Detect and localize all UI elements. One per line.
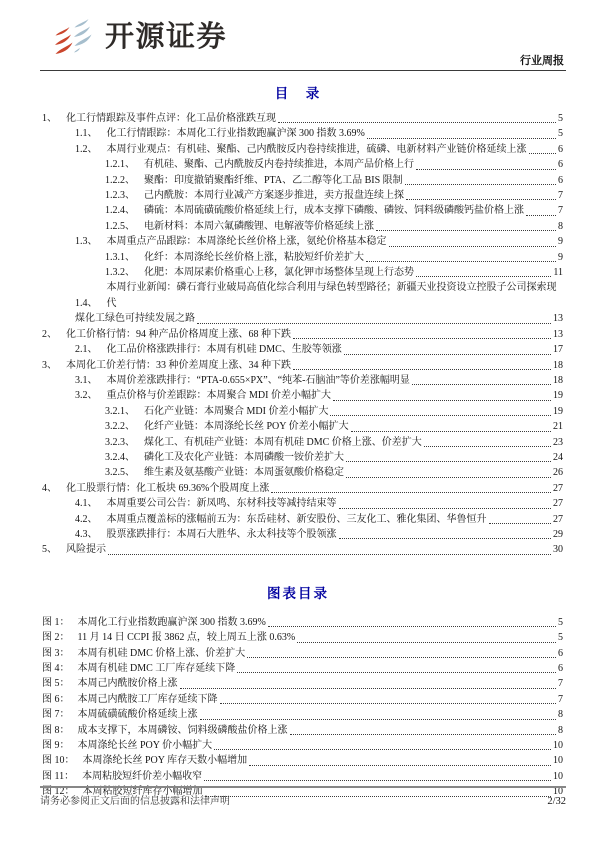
toc-entry-text: 聚酯：印度撤销聚酯纤维、PTA、乙二醇等化工品 BIS 限制 [144, 173, 403, 188]
figure-toc-entry-text: 本周涤纶长丝 POY 价小幅扩大 [78, 738, 213, 753]
toc-entry[interactable]: 3.2.5、维生素及氨基酸产业链：本周蛋氨酸价格稳定26 [42, 465, 563, 480]
toc-entry-text: 磷化工及农化产业链：本周磷酸一铵价差扩大 [144, 450, 344, 465]
figure-toc-entry[interactable]: 图 4：本周有机硅 DMC 工厂库存延续下降6 [42, 661, 563, 676]
toc-entry[interactable]: 3.2.2、化纤产业链：本周涤纶长丝 POY 价差小幅扩大21 [42, 419, 563, 434]
toc-entry-page: 6 [558, 173, 563, 188]
toc-entry-text: 风险提示 [66, 542, 106, 557]
toc-entry-text: 本周价差涨跌排行：“PTA-0.655×PX”、“纯苯-石脑油”等价差涨幅明显 [107, 373, 410, 388]
dot-leader [293, 338, 551, 339]
figure-toc-entry-page: 8 [558, 707, 563, 722]
dot-leader [108, 554, 551, 555]
toc-entry[interactable]: 1.1、化工行情跟踪：本周化工行业指数跑赢沪深 300 指数 3.69%5 [42, 126, 563, 141]
figure-toc-entry[interactable]: 图 1：本周化工行业指数跑赢沪深 300 指数 3.69%5 [42, 615, 563, 630]
dot-leader [489, 523, 552, 524]
report-type-label: 行业周报 [520, 52, 564, 68]
dot-leader [344, 354, 551, 355]
toc-entry[interactable]: 1.2.1、有机硅、聚酯、己内酰胺反内卷持续推进，本周产品价格上行6 [42, 157, 563, 172]
toc-entry[interactable]: 1.2.3、己内酰胺：本周行业减产方案逐步推进，卖方报盘连续上探7 [42, 188, 563, 203]
toc-entry[interactable]: 5、风险提示30 [42, 542, 563, 557]
figure-toc-entry-text: 本周有机硅 DMC 工厂库存延续下降 [78, 661, 236, 676]
figure-toc-entry-number: 图 1： [42, 615, 70, 630]
toc-entry-number: 4.1、 [75, 496, 98, 511]
figure-toc-entry[interactable]: 图 6：本周己内酰胺工厂库存延续下降7 [42, 692, 563, 707]
toc-entry-number: 3.1、 [75, 373, 98, 388]
toc-entry-number: 2.1、 [75, 342, 98, 357]
dot-leader [339, 508, 552, 509]
toc-entry-text: 重点价格与价差跟踪：本周聚合 MDI 价差小幅扩大 [107, 388, 331, 403]
toc-entry-number: 3.2.5、 [105, 465, 135, 480]
toc-entry-page: 27 [553, 512, 563, 527]
dot-leader [290, 734, 557, 735]
dot-leader [406, 199, 556, 200]
toc-entry-page: 5 [558, 111, 563, 126]
toc-entry-page: 19 [553, 388, 563, 403]
toc-entry-page: 11 [553, 265, 563, 280]
toc-entry-number: 4.3、 [75, 527, 98, 542]
toc-entry-number: 1.3、 [75, 234, 98, 249]
dot-leader [367, 138, 556, 139]
figure-toc-entry-number: 图 5： [42, 676, 70, 691]
toc-entry-text: 维生素及氨基酸产业链：本周蛋氨酸价格稳定 [144, 465, 344, 480]
toc-entry-page: 6 [558, 157, 563, 172]
figure-toc-entry-number: 图 10： [42, 753, 75, 768]
toc-entry-page: 8 [558, 219, 563, 234]
toc-entry-number: 2、 [42, 327, 57, 342]
toc-entry-page: 27 [553, 496, 563, 511]
dot-leader [346, 477, 551, 478]
figure-toc-entry-text: 本周粘胶短纤价差小幅收窄 [82, 769, 202, 784]
figure-toc-entry-page: 10 [553, 753, 563, 768]
toc-entry-text: 化肥：本周尿素价格重心上移，氯化钾市场整体呈现上行态势 [144, 265, 414, 280]
toc-entry[interactable]: 3、本周化工价差行情：33 种价差周度上涨、34 种下跌18 [42, 358, 563, 373]
toc-entry-number: 4、 [42, 481, 57, 496]
toc-entry-page: 19 [553, 404, 563, 419]
toc-entry[interactable]: 3.2.4、磷化工及农化产业链：本周磷酸一铵价差扩大24 [42, 450, 563, 465]
figure-toc-entry-number: 图 11： [42, 769, 74, 784]
dot-leader [529, 153, 557, 154]
toc-list: 1、化工行情跟踪及事件点评：化工品价格涨跌互现51.1、化工行情跟踪：本周化工行… [42, 111, 563, 558]
toc-entry-number: 1.2.4、 [105, 203, 135, 218]
dot-leader [339, 538, 552, 539]
toc-entry[interactable]: 1.2.5、电新材料：本周六氟磷酸锂、电解液等价格延续上涨8 [42, 219, 563, 234]
figure-toc-entry-number: 图 6： [42, 692, 70, 707]
toc-entry[interactable]: 1.4、本周行业新闻：磷石膏行业破局高值化综合利用与绿色转型路径；新疆天业投资设… [42, 280, 563, 311]
figure-toc-title: 图表目录 [0, 582, 596, 602]
figure-toc-entry[interactable]: 图 3：本周有机硅 DMC 价格上涨、价差扩大6 [42, 646, 563, 661]
toc-entry-page: 17 [553, 342, 563, 357]
toc-entry-text: 有机硅、聚酯、己内酰胺反内卷持续推进，本周产品价格上行 [144, 157, 414, 172]
toc-entry-text: 化工股票行情：化工板块 69.36%个股周度上涨 [66, 481, 269, 496]
toc-entry[interactable]: 1.2、本周行业观点：有机硅、聚酯、己内酰胺反内卷持续推进，硫磷、电新材料产业链… [42, 142, 563, 157]
figure-toc-entry-number: 图 8： [42, 723, 70, 738]
figure-toc-list: 图 1：本周化工行业指数跑赢沪深 300 指数 3.69%5图 2：11 月 1… [42, 615, 563, 800]
toc-entry-number: 1.2.5、 [105, 219, 135, 234]
dot-leader [526, 215, 556, 216]
page-header: 开源证券 行业周报 [40, 14, 566, 71]
toc-entry[interactable]: 1.2.4、磷硫：本周硫磺硫酸价格延续上行，成本支撑下磷酸、磷铵、饲料级磷酸钙盐… [42, 203, 563, 218]
toc-entry-page: 9 [558, 250, 563, 265]
dot-leader [268, 626, 556, 627]
figure-toc-entry[interactable]: 图 9：本周涤纶长丝 POY 价小幅扩大10 [42, 738, 563, 753]
toc-entry-text: 化工行情跟踪及事件点评：化工品价格涨跌互现 [66, 111, 276, 126]
toc-entry[interactable]: 2、化工价格行情：94 种产品价格周度上涨、68 种下跌13 [42, 327, 563, 342]
toc-title: 目 录 [0, 82, 596, 102]
toc-entry-page: 5 [558, 126, 563, 141]
figure-toc-entry-text: 本周有机硅 DMC 价格上涨、价差扩大 [78, 646, 246, 661]
toc-entry[interactable]: 1、化工行情跟踪及事件点评：化工品价格涨跌互现5 [42, 111, 563, 126]
figure-toc-entry[interactable]: 图 10：本周涤纶长丝 POY 库存天数小幅增加10 [42, 753, 563, 768]
figure-toc-entry-page: 7 [558, 676, 563, 691]
figure-toc-entry[interactable]: 图 7：本周硫磺硫酸价格延续上涨8 [42, 707, 563, 722]
dot-leader [220, 703, 557, 704]
figure-toc-entry-number: 图 3： [42, 646, 70, 661]
toc-entry[interactable]: 煤化工绿色可持续发展之路13 [42, 311, 563, 326]
toc-entry-page: 27 [553, 481, 563, 496]
toc-entry-text: 本周行业新闻：磷石膏行业破局高值化综合利用与绿色转型路径；新疆天业投资设立控股子… [107, 280, 564, 311]
figure-toc-entry-text: 本周硫磺硫酸价格延续上涨 [78, 707, 198, 722]
toc-entry-text: 化工品价格涨跌排行：本周有机硅 DMC、生胶等领涨 [107, 342, 342, 357]
toc-entry[interactable]: 4.3、股票涨跌排行：本周石大胜华、永太科技等个股领涨29 [42, 527, 563, 542]
toc-entry-page: 18 [553, 358, 563, 373]
toc-entry-number: 1.3.1、 [105, 250, 135, 265]
toc-entry-text: 煤化工绿色可持续发展之路 [75, 311, 195, 326]
toc-entry[interactable]: 4.2、本周重点覆盖标的涨幅前五为：东岳硅材、新安股份、三友化工、雅化集团、华鲁… [42, 512, 563, 527]
toc-entry-page: 18 [553, 373, 563, 388]
brand-logo-icon [52, 16, 98, 58]
toc-entry-number: 1.3.2、 [105, 265, 135, 280]
dot-leader [237, 672, 556, 673]
dot-leader [389, 246, 557, 247]
toc-entry[interactable]: 3.2.3、煤化工、有机硅产业链：本周有机硅 DMC 价格上涨、价差扩大23 [42, 435, 563, 450]
toc-entry-number: 3.2.4、 [105, 450, 135, 465]
toc-entry-text: 本周化工价差行情：33 种价差周度上涨、34 种下跌 [66, 358, 291, 373]
toc-entry-number: 1、 [42, 111, 57, 126]
figure-toc-entry-number: 图 7： [42, 707, 70, 722]
toc-entry-page: 7 [558, 188, 563, 203]
brand-name: 开源证券 [105, 23, 227, 52]
toc-entry-number: 5、 [42, 542, 57, 557]
dot-leader [297, 642, 556, 643]
toc-entry-text: 电新材料：本周六氟磷酸锂、电解液等价格延续上涨 [144, 219, 374, 234]
dot-leader [271, 492, 551, 493]
toc-entry-text: 磷硫：本周硫磺硫酸价格延续上行，成本支撑下磷酸、磷铵、饲料级磷酸钙盐价格上涨 [144, 203, 524, 218]
dot-leader [249, 765, 551, 766]
toc-entry-number: 3、 [42, 358, 57, 373]
toc-entry-page: 21 [553, 419, 563, 434]
figure-toc-entry-text: 本周己内酰胺价格上涨 [78, 676, 178, 691]
report-page: 开源证券 行业周报 目 录 1、化工行情跟踪及事件点评：化工品价格涨跌互现51.… [0, 0, 596, 842]
dot-leader [333, 400, 551, 401]
toc-entry-text: 己内酰胺：本周行业减产方案逐步推进，卖方报盘连续上探 [144, 188, 404, 203]
page-number: 2/32 [547, 796, 566, 807]
figure-toc-entry[interactable]: 图 2：11 月 14 日 CCPI 报 3862 点，较上周五上涨 0.63%… [42, 630, 563, 645]
toc-entry-number: 1.2.2、 [105, 173, 135, 188]
figure-toc-entry-number: 图 2： [42, 630, 70, 645]
dot-leader [366, 261, 556, 262]
toc-entry-text: 化工行情跟踪：本周化工行业指数跑赢沪深 300 指数 3.69% [107, 126, 365, 141]
dot-leader [200, 719, 557, 720]
toc-entry-text: 石化产业链：本周聚合 MDI 价差小幅扩大 [144, 404, 328, 419]
figure-toc-entry-page: 5 [558, 615, 563, 630]
dot-leader [424, 446, 551, 447]
toc-entry-text: 化纤产业链：本周涤纶长丝 POY 价差小幅扩大 [144, 419, 349, 434]
footer-disclaimer: 请务必参阅正文后面的信息披露和法律声明 [40, 792, 230, 807]
dot-leader [405, 184, 556, 185]
figure-toc-entry-page: 6 [558, 646, 563, 661]
dot-leader [416, 276, 551, 277]
dot-leader [247, 657, 556, 658]
toc-entry-page: 7 [558, 203, 563, 218]
page-footer: 请务必参阅正文后面的信息披露和法律声明 2/32 [40, 786, 566, 807]
toc-entry-text: 本周重要公司公告：新凤鸣、东材科技等减持结束等 [107, 496, 337, 511]
figure-toc-entry-page: 10 [553, 738, 563, 753]
figure-toc-entry-text: 本周化工行业指数跑赢沪深 300 指数 3.69% [78, 615, 266, 630]
toc-entry[interactable]: 1.3.1、化纤：本周涤纶长丝价格上涨，粘胶短纤价差扩大9 [42, 250, 563, 265]
toc-entry-page: 13 [553, 311, 563, 326]
toc-entry-number: 1.2.1、 [105, 157, 135, 172]
toc-entry-number: 4.2、 [75, 512, 98, 527]
figure-toc-entry-number: 图 9： [42, 738, 70, 753]
toc-entry-number: 1.2、 [75, 142, 98, 157]
toc-entry[interactable]: 2.1、化工品价格涨跌排行：本周有机硅 DMC、生胶等领涨17 [42, 342, 563, 357]
figure-toc-entry-page: 8 [558, 723, 563, 738]
toc-entry-page: 30 [553, 542, 563, 557]
dot-leader [197, 323, 551, 324]
figure-toc-entry-page: 6 [558, 661, 563, 676]
toc-entry-page: 29 [553, 527, 563, 542]
figure-toc-entry-text: 本周涤纶长丝 POY 库存天数小幅增加 [83, 753, 248, 768]
figure-toc-entry-page: 10 [553, 769, 563, 784]
dot-leader [293, 369, 551, 370]
dot-leader [346, 461, 551, 462]
toc-entry-text: 化纤：本周涤纶长丝价格上涨，粘胶短纤价差扩大 [144, 250, 364, 265]
toc-entry-number: 1.4、 [75, 296, 98, 311]
figure-toc-entry-text: 11 月 14 日 CCPI 报 3862 点，较上周五上涨 0.63% [78, 630, 296, 645]
dot-leader [214, 749, 551, 750]
dot-leader [416, 169, 556, 170]
toc-entry[interactable]: 1.3、本周重点产品跟踪：本周涤纶长丝价格上涨，氨纶价格基本稳定9 [42, 234, 563, 249]
toc-entry-text: 股票涨跌排行：本周石大胜华、永太科技等个股领涨 [107, 527, 337, 542]
toc-entry-page: 26 [553, 465, 563, 480]
dot-leader [204, 780, 551, 781]
toc-entry-number: 3.2.2、 [105, 419, 135, 434]
figure-toc-entry-page: 5 [558, 630, 563, 645]
toc-entry[interactable]: 3.2.1、石化产业链：本周聚合 MDI 价差小幅扩大19 [42, 404, 563, 419]
toc-entry-page: 23 [553, 435, 563, 450]
toc-entry[interactable]: 4.1、本周重要公司公告：新凤鸣、东材科技等减持结束等27 [42, 496, 563, 511]
dot-leader [351, 431, 551, 432]
toc-entry-text: 本周重点产品跟踪：本周涤纶长丝价格上涨，氨纶价格基本稳定 [107, 234, 387, 249]
figure-toc-entry[interactable]: 图 11：本周粘胶短纤价差小幅收窄10 [42, 769, 563, 784]
toc-entry[interactable]: 4、化工股票行情：化工板块 69.36%个股周度上涨27 [42, 481, 563, 496]
toc-entry-number: 1.1、 [75, 126, 98, 141]
dot-leader [278, 122, 556, 123]
toc-entry[interactable]: 3.2、重点价格与价差跟踪：本周聚合 MDI 价差小幅扩大19 [42, 388, 563, 403]
figure-toc-entry[interactable]: 图 5：本周己内酰胺价格上涨7 [42, 676, 563, 691]
toc-entry[interactable]: 1.2.2、聚酯：印度撤销聚酯纤维、PTA、乙二醇等化工品 BIS 限制6 [42, 173, 563, 188]
toc-entry-number: 3.2、 [75, 388, 98, 403]
figure-toc-entry-page: 7 [558, 692, 563, 707]
toc-entry-page: 6 [558, 142, 563, 157]
figure-toc-entry[interactable]: 图 8：成本支撑下，本周磷铵、饲料级磷酸盐价格上涨8 [42, 723, 563, 738]
toc-entry-number: 3.2.3、 [105, 435, 135, 450]
toc-entry-number: 3.2.1、 [105, 404, 135, 419]
dot-leader [376, 230, 556, 231]
toc-entry-text: 本周重点覆盖标的涨幅前五为：东岳硅材、新安股份、三友化工、雅化集团、华鲁恒升 [107, 512, 487, 527]
figure-toc-entry-number: 图 4： [42, 661, 70, 676]
toc-entry-text: 化工价格行情：94 种产品价格周度上涨、68 种下跌 [66, 327, 291, 342]
toc-entry[interactable]: 3.1、本周价差涨跌排行：“PTA-0.655×PX”、“纯苯-石脑油”等价差涨… [42, 373, 563, 388]
figure-toc-entry-text: 成本支撑下，本周磷铵、饲料级磷酸盐价格上涨 [78, 723, 288, 738]
toc-entry-number: 1.2.3、 [105, 188, 135, 203]
toc-entry-text: 煤化工、有机硅产业链：本周有机硅 DMC 价格上涨、价差扩大 [144, 435, 422, 450]
dot-leader [330, 415, 551, 416]
dot-leader [180, 688, 557, 689]
toc-entry-text: 本周行业观点：有机硅、聚酯、己内酰胺反内卷持续推进，硫磷、电新材料产业链价格延续… [107, 142, 527, 157]
toc-entry-page: 24 [553, 450, 563, 465]
toc-entry[interactable]: 1.3.2、化肥：本周尿素价格重心上移，氯化钾市场整体呈现上行态势11 [42, 265, 563, 280]
brand-logo: 开源证券 [52, 16, 227, 58]
toc-entry-page: 9 [558, 234, 563, 249]
dot-leader [412, 384, 551, 385]
toc-entry-page: 13 [553, 327, 563, 342]
figure-toc-entry-text: 本周己内酰胺工厂库存延续下降 [78, 692, 218, 707]
